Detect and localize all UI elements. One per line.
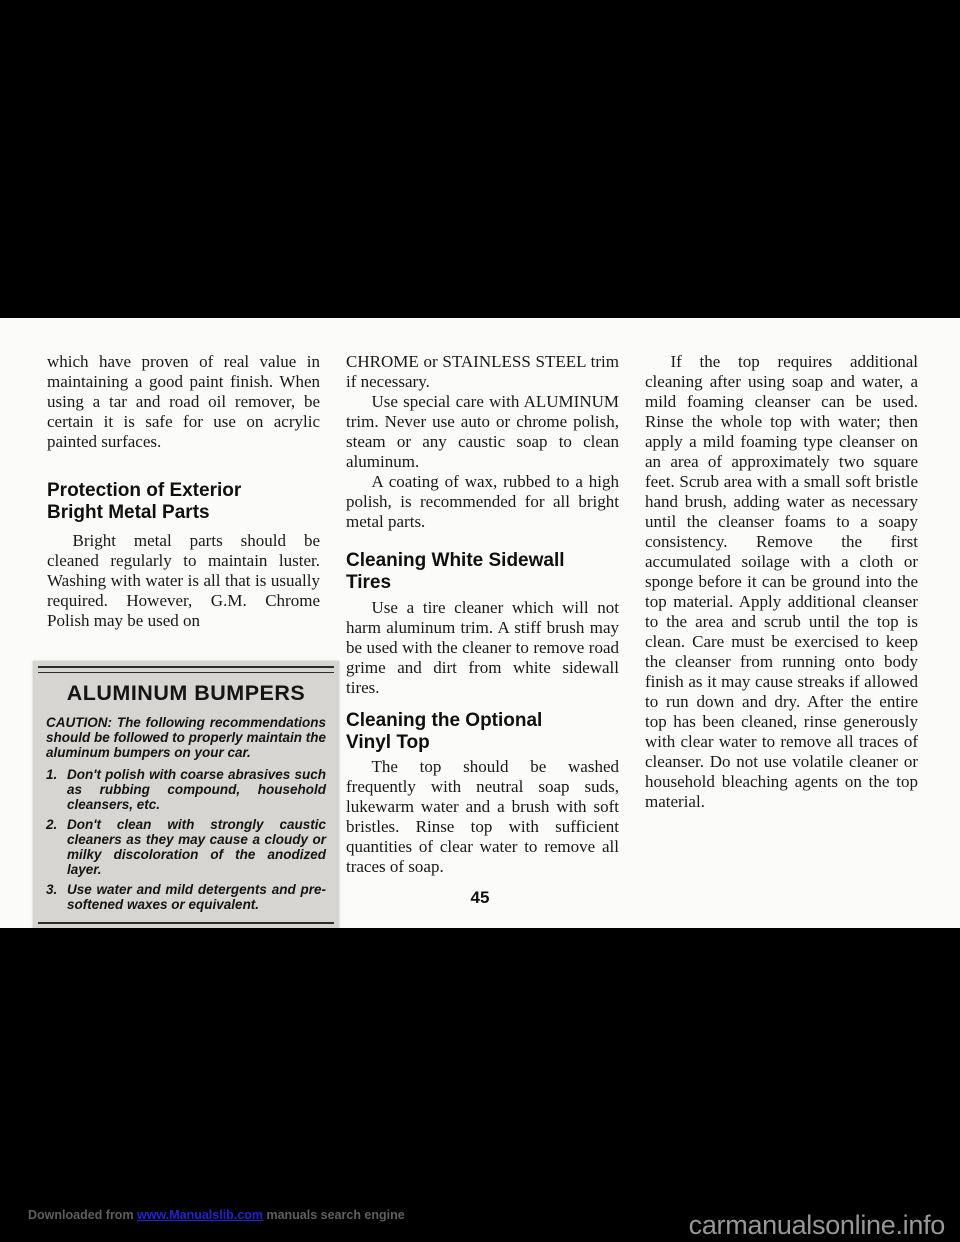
box-top-double-rule xyxy=(38,666,334,673)
bottom-black-margin xyxy=(0,928,960,1242)
downloaded-from-watermark: Downloaded from www.Manualslib.com manua… xyxy=(28,1208,405,1222)
three-column-layout: which have proven of real value in maint… xyxy=(0,318,960,939)
paragraph-vinyl-top-washing: The top should be washed frequently with… xyxy=(346,757,619,877)
downloaded-from-text: Downloaded from xyxy=(28,1208,137,1222)
paragraph-vinyl-top-cleanser: If the top requires additional cleaning … xyxy=(645,352,918,812)
caution-item-2-text: Don't clean with strongly caustic cleane… xyxy=(67,817,326,877)
top-black-margin xyxy=(0,0,960,318)
caution-item-1-text: Don't polish with coarse abrasives such … xyxy=(67,767,326,812)
caution-paragraph: CAUTION: The following recommendations s… xyxy=(46,715,326,760)
carmanualsonline-watermark: carmanualsonline.info xyxy=(689,1210,945,1240)
scanned-manual-page: { "page": { "number": "45", "paper_color… xyxy=(0,0,960,1242)
caution-item-2-number: 2. xyxy=(46,817,67,877)
caution-box-title: ALUMINUM BUMPERS xyxy=(46,681,326,706)
caution-item-1-number: 1. xyxy=(46,767,67,812)
paragraph-bright-metal: Bright metal parts should be cleaned reg… xyxy=(47,531,320,631)
paragraph-aluminum-trim: Use special care with ALUMINUM trim. Nev… xyxy=(346,392,619,472)
caution-box-body: ALUMINUM BUMPERS CAUTION: The following … xyxy=(33,673,339,922)
manual-page-sheet: which have proven of real value in maint… xyxy=(0,318,960,928)
paragraph-wax-coating: A coating of wax, rubbed to a high polis… xyxy=(346,472,619,532)
heading-cleaning-white-sidewall-tires: Cleaning White Sidewall Tires xyxy=(346,550,619,594)
heading-protection-bright-metal: Protection of Exterior Bright Metal Part… xyxy=(47,480,320,524)
paragraph-chrome-stainless: CHROME or STAINLESS STEEL trim if necess… xyxy=(346,352,619,392)
caution-item-2: 2. Don't clean with strongly caustic cle… xyxy=(46,817,326,877)
page-number: 45 xyxy=(0,888,960,908)
column-1: which have proven of real value in maint… xyxy=(47,352,320,939)
caution-item-1: 1. Don't polish with coarse abrasives su… xyxy=(46,767,326,812)
column-2: CHROME or STAINLESS STEEL trim if necess… xyxy=(346,352,619,939)
manualslib-link[interactable]: www.Manualslib.com xyxy=(137,1208,263,1222)
paragraph-tire-cleaner: Use a tire cleaner which will not harm a… xyxy=(346,598,619,698)
column-3: If the top requires additional cleaning … xyxy=(645,352,918,939)
paragraph-paint-finish: which have proven of real value in maint… xyxy=(47,352,320,452)
heading-cleaning-optional-vinyl-top: Cleaning the Optional Vinyl Top xyxy=(346,710,619,754)
manuals-search-engine-text: manuals search engine xyxy=(263,1208,405,1222)
